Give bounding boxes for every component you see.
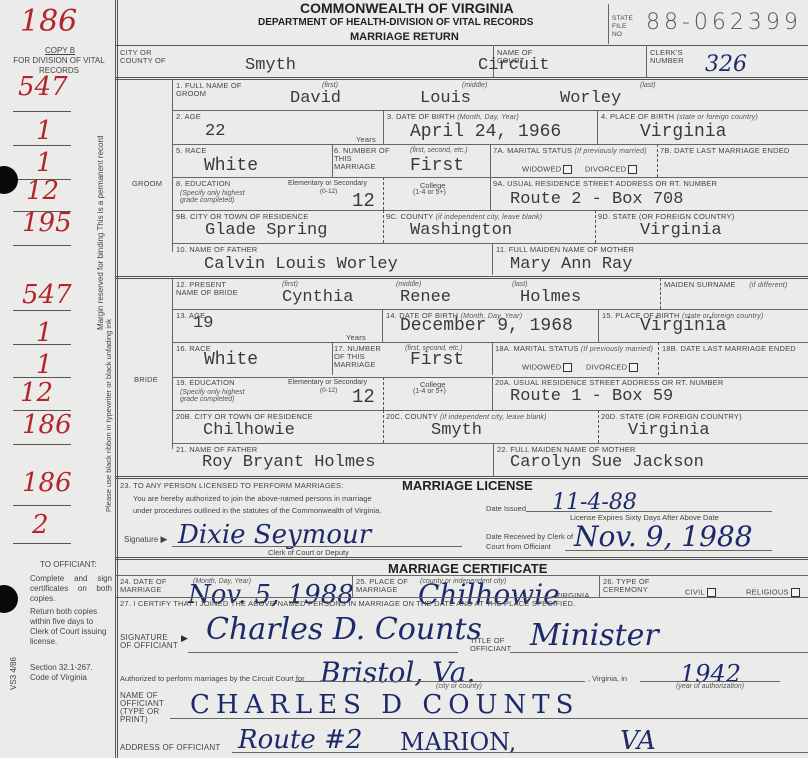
groom-father-label: 10. NAME OF FATHER: [176, 246, 257, 254]
last-hint: (last): [640, 82, 656, 89]
punch-hole: [0, 166, 18, 194]
groom-mother: Mary Ann Ray: [510, 255, 632, 274]
religious-option[interactable]: RELIGIOUS: [746, 588, 800, 597]
bride-maiden-label: MAIDEN SURNAME (if different): [664, 281, 787, 290]
punch-hole: [0, 585, 18, 613]
groom-section-label: GROOM: [132, 180, 162, 188]
groom-age: 22: [205, 122, 225, 141]
bride-age: 19: [193, 314, 213, 333]
groom-last-marriage-label: 7b. DATE LAST MARRIAGE ENDED: [660, 147, 790, 155]
years-label: Years: [356, 136, 376, 144]
bride-middle-name: Renee: [400, 288, 451, 307]
bride-state: Virginia: [628, 421, 710, 440]
groom-age-label: 2. AGE: [176, 113, 201, 121]
bride-last-marriage-label: 18b. DATE LAST MARRIAGE ENDED: [662, 345, 796, 353]
education-hint: (Specify only highest grade completed): [180, 389, 260, 403]
groom-mother-label: 11. FULL MAIDEN NAME OF MOTHER: [496, 246, 634, 254]
date-received-label-2: Court from Officiant: [486, 542, 551, 551]
education-hint: (Specify only highest grade completed): [180, 190, 260, 204]
form-department: DEPARTMENT OF HEALTH-DIVISION OF VITAL R…: [258, 17, 533, 28]
groom-divorced-option[interactable]: DIVORCED: [585, 165, 637, 174]
groom-pob-label: 4. PLACE OF BIRTH (state or foreign coun…: [601, 113, 758, 122]
elementary-range: (0-12): [320, 387, 337, 394]
date-received-label-1: Date Received by Clerk of: [486, 532, 573, 541]
groom-street-label: 9a. USUAL RESIDENCE STREET ADDRESS OR RT…: [493, 180, 717, 188]
bride-city: Chilhowie: [203, 421, 295, 440]
virginia-in-label: , Virginia, in: [588, 674, 627, 683]
form-code: VS3 4/86: [9, 657, 18, 690]
bride-street: Route 1 - Box 59: [510, 387, 673, 406]
groom-marriage-number-label: 6. NUMBER OF THIS MARRIAGE: [334, 147, 390, 171]
groom-widowed-checkbox[interactable]: [563, 165, 572, 174]
bride-section-label: BRIDE: [134, 376, 158, 384]
first-hint: (first): [282, 281, 298, 288]
groom-divorced-checkbox[interactable]: [628, 165, 637, 174]
bride-state-label: 20d. STATE (OR FOREIGN COUNTRY): [601, 413, 742, 421]
groom-code: 547: [18, 72, 68, 102]
top-record-number: 186: [20, 4, 77, 39]
bride-divorced-option[interactable]: DIVORCED: [586, 363, 638, 372]
groom-middle-name: Louis: [420, 89, 471, 108]
bride-elementary-grade: 12: [352, 386, 375, 408]
license-text-2: under procedures outlined in the statute…: [133, 506, 381, 515]
bride-code: 186: [22, 410, 72, 440]
officiant-signature: Charles D. Counts: [206, 612, 482, 647]
clerk-caption: Clerk of Court or Deputy: [268, 548, 349, 557]
arrow-right-icon: ▶: [160, 534, 167, 544]
court-name-value: Circuit: [478, 56, 549, 75]
elementary-label: Elementary or Secondary: [288, 379, 367, 386]
middle-hint: (middle): [462, 82, 487, 89]
bottom-code: 2: [32, 510, 49, 540]
marriage-date-label: 24. DATE OF MARRIAGE: [120, 578, 182, 594]
bride-street-label: 20a. USUAL RESIDENCE STREET ADDRESS OR R…: [495, 379, 723, 387]
groom-marriage-number: First: [410, 156, 464, 176]
bride-dob: December 9, 1968: [400, 316, 573, 336]
groom-code: 12: [26, 176, 59, 206]
civil-option[interactable]: CIVIL: [685, 588, 716, 597]
groom-county: Washington: [410, 221, 512, 240]
groom-dob-label: 3. DATE OF BIRTH (Month, Day, Year): [387, 113, 519, 122]
officiant-signature-label: SIGNATURE OF OFFICIANT: [120, 634, 180, 650]
date-received: Nov. 9, 1988: [574, 520, 753, 553]
marriage-number-hint: (first, second, etc.): [410, 147, 468, 154]
form-title: COMMONWEALTH OF VIRGINIA: [300, 0, 514, 16]
bride-marital-status-label: 18a. MARITAL STATUS (If previously marri…: [495, 345, 653, 354]
middle-hint: (middle): [396, 281, 421, 288]
arrow-right-icon: ▶: [181, 633, 188, 644]
officiant-address-street: Route #2: [238, 725, 362, 755]
date-issued-label: Date Issued: [486, 504, 526, 513]
years-label: Years: [346, 334, 366, 342]
groom-race: White: [204, 156, 258, 176]
bride-mother: Carolyn Sue Jackson: [510, 453, 704, 472]
bride-county: Smyth: [431, 421, 482, 440]
religious-checkbox[interactable]: [791, 588, 800, 597]
last-hint: (last): [512, 281, 528, 288]
city-county-label: CITY OR COUNTY OF: [120, 49, 170, 65]
state-file-number: 88-062399: [646, 10, 802, 35]
officiant-instructions-1: Complete and sign certificates on both c…: [30, 574, 112, 604]
groom-state: Virginia: [640, 221, 722, 240]
college-range: (1-4 or 5+): [413, 189, 446, 196]
bride-widowed-option[interactable]: WIDOWED: [522, 363, 572, 372]
certify-statement: 27. I CERTIFY THAT I JOINED THE ABOVE-NA…: [120, 600, 575, 608]
year-hint: (year of authorization): [676, 683, 744, 690]
certificate-title: MARRIAGE CERTIFICATE: [388, 561, 547, 576]
bride-last-name: Holmes: [520, 288, 581, 307]
officiant-instructions-2: Return both copies within five days to C…: [30, 607, 112, 647]
groom-marital-status-label: 7a. MARITAL STATUS (If previously marrie…: [493, 147, 647, 156]
groom-code: 1: [36, 148, 53, 178]
officiant-name-label: NAME OF OFFICIANT (type or print): [120, 692, 172, 724]
officiant-title: Minister: [530, 618, 659, 653]
groom-city: Glade Spring: [205, 221, 327, 240]
ink-instruction-note: Please use black ribbon in typewriter or…: [104, 319, 113, 512]
bride-pob: Virginia: [640, 316, 726, 336]
groom-code: 1: [36, 116, 53, 146]
bride-code: 12: [20, 378, 53, 408]
clerk-number-label: CLERK'S NUMBER: [650, 49, 700, 65]
groom-name-label: 1. FULL NAME OF GROOM: [176, 82, 246, 98]
officiant-instructions-title: TO OFFICIANT:: [40, 560, 97, 570]
ceremony-type-label: 26. TYPE OF CEREMONY: [603, 578, 673, 594]
groom-education-label: 8. EDUCATION: [176, 180, 230, 188]
groom-first-name: David: [290, 89, 341, 108]
bride-divorced-checkbox[interactable]: [629, 363, 638, 372]
section-reference: Section 32.1-267. Code of Virginia: [30, 663, 112, 683]
officiant-title-label: TITLE OF OFFICIANT: [470, 637, 518, 653]
license-item-label: 23. TO ANY PERSON LICENSED TO PERFORM MA…: [120, 482, 344, 490]
authorized-label: Authorized to perform marriages by the C…: [120, 674, 305, 683]
state-file-label: STATE FILE NO: [612, 15, 632, 39]
bride-father: Roy Bryant Holmes: [202, 453, 375, 472]
city-county-hint: (city or county): [436, 683, 482, 690]
license-title: MARRIAGE LICENSE: [402, 478, 533, 493]
bride-marriage-number-label: 17. NUMBER OF THIS MARRIAGE: [334, 345, 390, 369]
bride-widowed-checkbox[interactable]: [563, 363, 572, 372]
binding-margin-note: Margin reserved for binding This is a pe…: [96, 135, 105, 330]
clerk-number-value: 326: [705, 52, 747, 77]
groom-dob: April 24, 1966: [410, 122, 561, 142]
bride-code: 1: [36, 350, 53, 380]
bottom-code: 186: [22, 468, 72, 498]
elementary-label: Elementary or Secondary: [288, 180, 367, 187]
signature-label: Signature ▶: [124, 534, 167, 545]
college-range: (1-4 or 5+): [413, 388, 446, 395]
bride-code: 547: [22, 280, 72, 310]
groom-last-name: Worley: [560, 89, 621, 108]
officiant-name: CHARLES D COUNTS: [190, 690, 579, 720]
form-subtitle: MARRIAGE RETURN: [350, 31, 459, 43]
groom-state-label: 9d. STATE (OR FOREIGN COUNTRY): [598, 213, 734, 221]
bride-race: White: [204, 350, 258, 370]
elementary-range: (0-12): [320, 188, 337, 195]
civil-checkbox[interactable]: [707, 588, 716, 597]
bride-marriage-number: First: [410, 350, 464, 370]
copy-label: COPY B: [45, 46, 75, 56]
groom-pob: Virginia: [640, 122, 726, 142]
bride-name-label: 12. PRESENT NAME OF BRIDE: [176, 281, 246, 297]
bride-education-label: 19. EDUCATION: [176, 379, 235, 387]
groom-city-label: 9b. CITY OR TOWN OF RESIDENCE: [176, 213, 309, 221]
license-text-1: You are hereby authorized to join the ab…: [133, 494, 372, 503]
groom-widowed-option[interactable]: WIDOWED: [522, 165, 572, 174]
groom-code: 195: [22, 208, 72, 238]
city-county-value: Smyth: [245, 56, 296, 75]
marriage-place-label: 25. PLACE OF MARRIAGE: [356, 578, 414, 594]
bride-city-label: 20b. CITY OR TOWN OF RESIDENCE: [176, 413, 313, 421]
groom-race-label: 5. RACE: [176, 147, 207, 155]
bride-first-name: Cynthia: [282, 288, 353, 307]
groom-elementary-grade: 12: [352, 190, 375, 212]
officiant-address-label: ADDRESS OF OFFICIANT: [120, 744, 220, 752]
groom-father: Calvin Louis Worley: [204, 255, 398, 274]
groom-street: Route 2 - Box 708: [510, 190, 683, 209]
first-hint: (first): [322, 82, 338, 89]
